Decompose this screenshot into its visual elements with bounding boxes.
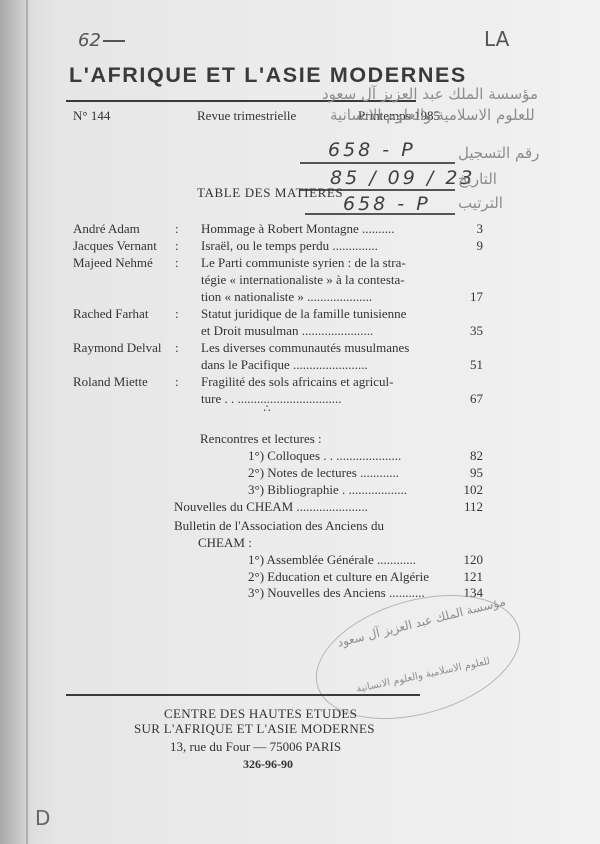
toc-article: Rached Farhat : Statut juridique de la f…	[0, 305, 600, 339]
section-heading-bulletin-cont: CHEAM :	[198, 534, 252, 551]
publisher-line2: SUR L'AFRIQUE ET L'ASIE MODERNES	[134, 721, 375, 737]
registration-number-line	[300, 162, 455, 164]
article-title: Israël, ou le temps perdu ..............	[201, 237, 454, 254]
registration-stamp-institution-line1: مؤسسة الملك عبد العزيز آل سعود	[322, 85, 538, 103]
article-title-line: Fragilité des sols africains et agricul-	[201, 373, 454, 390]
author-separator: :	[175, 339, 179, 356]
author-separator: :	[175, 254, 179, 271]
article-title: Hommage à Robert Montagne ..........	[201, 220, 454, 237]
article-author: Roland Miette	[73, 373, 148, 390]
binding-edge	[26, 0, 28, 844]
publisher-address: 13, rue du Four — 75006 PARIS	[170, 739, 341, 755]
publisher-line1: CENTRE DES HAUTES ETUDES	[164, 706, 357, 722]
toc-subitem: 1°) Colloques . . .................... 8…	[0, 447, 600, 464]
article-page: 17	[455, 288, 483, 305]
toc-article: Raymond Delval : Les diverses communauté…	[0, 339, 600, 373]
registration-date-value: 85 / 09 / 23	[330, 167, 476, 189]
scanned-page: 62 LA D L'AFRIQUE ET L'ASIE MODERNES N° …	[0, 0, 600, 844]
section-heading-rencontres: Rencontres et lectures :	[200, 430, 322, 447]
section-heading-bulletin: Bulletin de l'Association des Anciens du	[174, 517, 384, 534]
registration-order-value: 658 - P	[343, 193, 431, 215]
author-separator: :	[175, 305, 179, 322]
toc-article: Jacques Vernant : Israël, ou le temps pe…	[0, 237, 600, 254]
toc-section-nouvelles: Nouvelles du CHEAM .....................…	[0, 498, 600, 515]
registration-stamp-institution-line2: للعلوم الاسلامية والعلوم الانسانية	[330, 106, 535, 124]
subitem-label: 1°) Assemblée Générale ............	[248, 551, 416, 568]
article-author: André Adam	[73, 220, 140, 237]
registration-order-line	[305, 213, 455, 215]
subitem-label: 2°) Notes de lectures ............	[248, 464, 399, 481]
author-separator: :	[175, 237, 179, 254]
article-author: Jacques Vernant	[73, 237, 157, 254]
publisher-phone: 326-96-90	[243, 757, 293, 772]
article-title-line: tégie « internationaliste » à la contest…	[201, 271, 454, 288]
article-title-line: Le Parti communiste syrien : de la stra-	[201, 254, 454, 271]
issue-number: N° 144	[73, 108, 110, 124]
toc-subitem: 2°) Education et culture en Algérie 121	[0, 568, 600, 585]
article-author: Majeed Nehmé	[73, 254, 153, 271]
article-title-line: dans le Pacifique ......................…	[201, 356, 454, 373]
toc-article: Majeed Nehmé : Le Parti communiste syrie…	[0, 254, 600, 305]
article-page: 3	[455, 220, 483, 237]
article-title-line: tion « nationaliste » ..................…	[201, 288, 454, 305]
article-title-line: Les diverses communautés musulmanes	[201, 339, 454, 356]
section-page: 112	[455, 498, 483, 515]
subitem-page: 82	[455, 447, 483, 464]
toc-article: Roland Miette : Fragilité des sols afric…	[0, 373, 600, 407]
section-label: Nouvelles du CHEAM .....................…	[174, 498, 368, 515]
article-author: Rached Farhat	[73, 305, 148, 322]
subitem-label: 1°) Colloques . . ....................	[248, 447, 401, 464]
toc-subitem: 3°) Nouvelles des Anciens ........... 13…	[0, 584, 600, 601]
footer-rule	[66, 694, 420, 696]
subitem-label: 2°) Education et culture en Algérie	[248, 568, 429, 585]
registration-number-value: 658 - P	[328, 139, 416, 161]
toc-title: TABLE DES MATIERES	[197, 185, 343, 201]
article-title-line: Statut juridique de la famille tunisienn…	[201, 305, 454, 322]
toc-subitem: 3°) Bibliographie . .................. 1…	[0, 481, 600, 498]
article-title-line: et Droit musulman ......................	[201, 322, 454, 339]
subitem-page: 120	[455, 551, 483, 568]
handwritten-note-top-right: LA	[484, 27, 509, 51]
subitem-page: 102	[455, 481, 483, 498]
registration-number-label: رقم التسجيل	[458, 144, 539, 162]
author-separator: :	[175, 373, 179, 390]
subitem-label: 3°) Nouvelles des Anciens ...........	[248, 584, 425, 601]
handwritten-note-top-left: 62	[78, 30, 125, 51]
toc-subitem: 2°) Notes de lectures ............ 95	[0, 464, 600, 481]
section-separator-glyph: ∴	[260, 406, 274, 412]
registration-date-label: التاريخ	[458, 170, 497, 188]
note-text: 62	[78, 30, 101, 51]
article-title-line: ture . . ...............................…	[201, 390, 454, 407]
article-page: 67	[455, 390, 483, 407]
subitem-page: 95	[455, 464, 483, 481]
article-page: 51	[455, 356, 483, 373]
subitem-page: 121	[455, 568, 483, 585]
article-page: 35	[455, 322, 483, 339]
article-author: Raymond Delval	[73, 339, 161, 356]
periodicity: Revue trimestrielle	[197, 108, 296, 124]
subitem-label: 3°) Bibliographie . ..................	[248, 481, 407, 498]
toc-subitem: 1°) Assemblée Générale ............ 120	[0, 551, 600, 568]
registration-order-label: الترتيب	[458, 194, 503, 212]
toc-article: André Adam : Hommage à Robert Montagne .…	[0, 220, 600, 237]
handwritten-mark-bottom-left: D	[35, 806, 50, 830]
author-separator: :	[175, 220, 179, 237]
article-page: 9	[455, 237, 483, 254]
